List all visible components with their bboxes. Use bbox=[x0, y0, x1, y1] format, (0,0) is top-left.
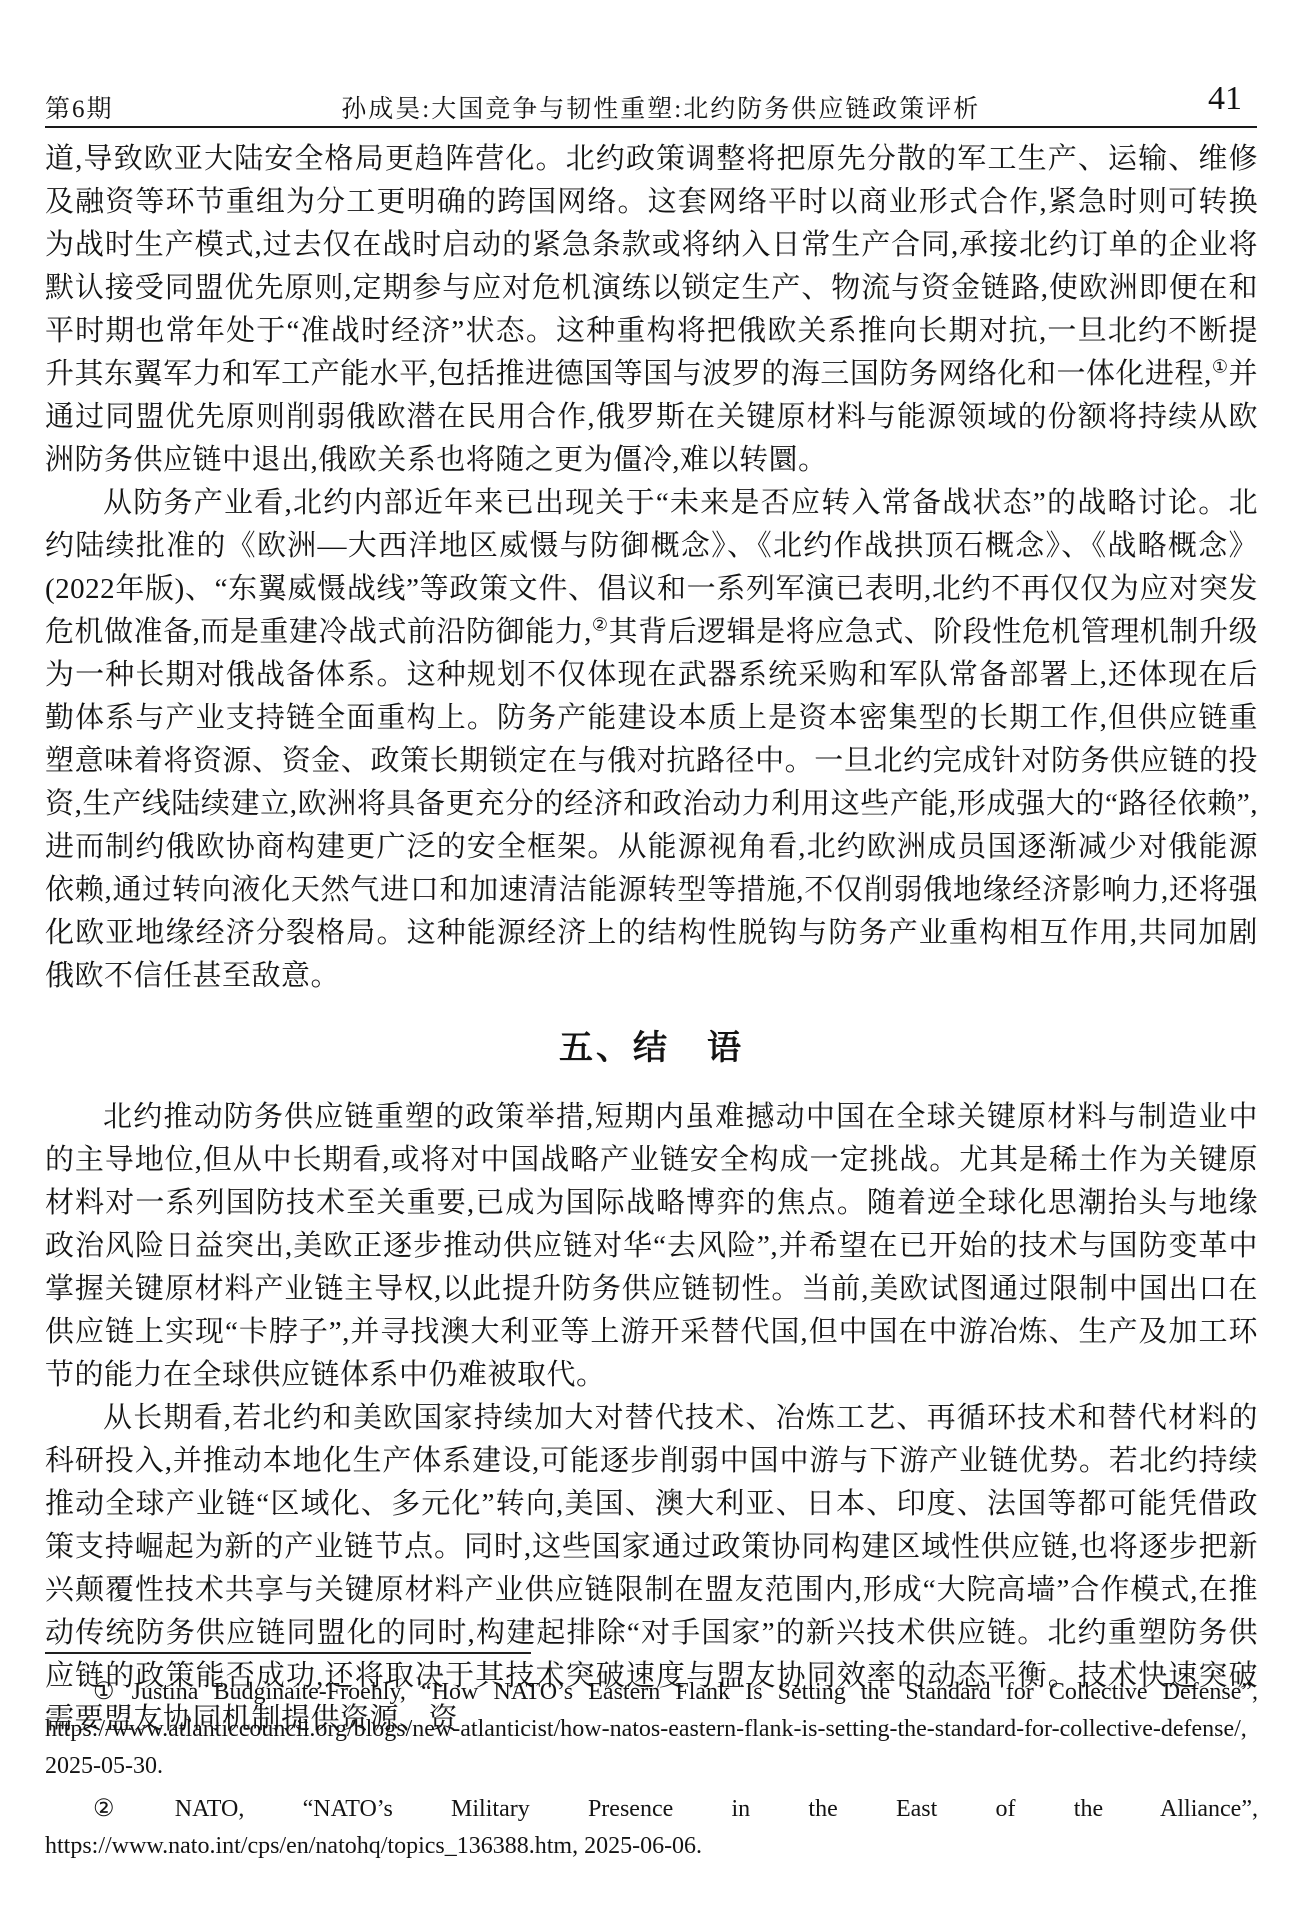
header-divider bbox=[45, 126, 1257, 128]
footnote-2: ②NATO, “NATO’s Military Presence in the … bbox=[45, 1791, 1258, 1865]
journal-page: 第6期 孙成昊:大国竞争与韧性重塑:北约防务供应链政策评析 41 道,导致欧亚大… bbox=[0, 0, 1302, 1911]
body-paragraph-3: 北约推动防务供应链重塑的政策举措,短期内虽难撼动中国在全球关键原材料与制造业中的… bbox=[45, 1096, 1258, 1397]
running-title: 孙成昊:大国竞争与韧性重塑:北约防务供应链政策评析 bbox=[114, 89, 1208, 125]
footnotes-block: ①Justina Budginaite-Froehly, “How NATO’s… bbox=[45, 1652, 1258, 1871]
body-paragraph-1: 道,导致欧亚大陆安全格局更趋阵营化。北约政策调整将把原先分散的军工生产、运输、维… bbox=[45, 138, 1258, 482]
issue-number: 第6期 bbox=[45, 89, 114, 125]
footnote-2-marker: ② bbox=[93, 1796, 175, 1822]
footnote-1-text: Justina Budginaite-Froehly, “How NATO’s … bbox=[45, 1679, 1258, 1779]
footnote-divider bbox=[45, 1652, 531, 1654]
footnote-1-marker: ① bbox=[93, 1679, 132, 1705]
section-heading: 五、结 语 bbox=[45, 1026, 1258, 1072]
footnote-2-text: NATO, “NATO’s Military Presence in the E… bbox=[45, 1796, 1258, 1859]
article-body: 道,导致欧亚大陆安全格局更趋阵营化。北约政策调整将把原先分散的军工生产、运输、维… bbox=[45, 138, 1258, 1741]
body-paragraph-2: 从防务产业看,北约内部近年来已出现关于“未来是否应转入常备战状态”的战略讨论。北… bbox=[45, 482, 1258, 998]
running-header: 第6期 孙成昊:大国竞争与韧性重塑:北约防务供应链政策评析 41 bbox=[45, 88, 1258, 126]
footnote-1: ①Justina Budginaite-Froehly, “How NATO’s… bbox=[45, 1674, 1258, 1785]
page-number: 41 bbox=[1208, 80, 1258, 118]
